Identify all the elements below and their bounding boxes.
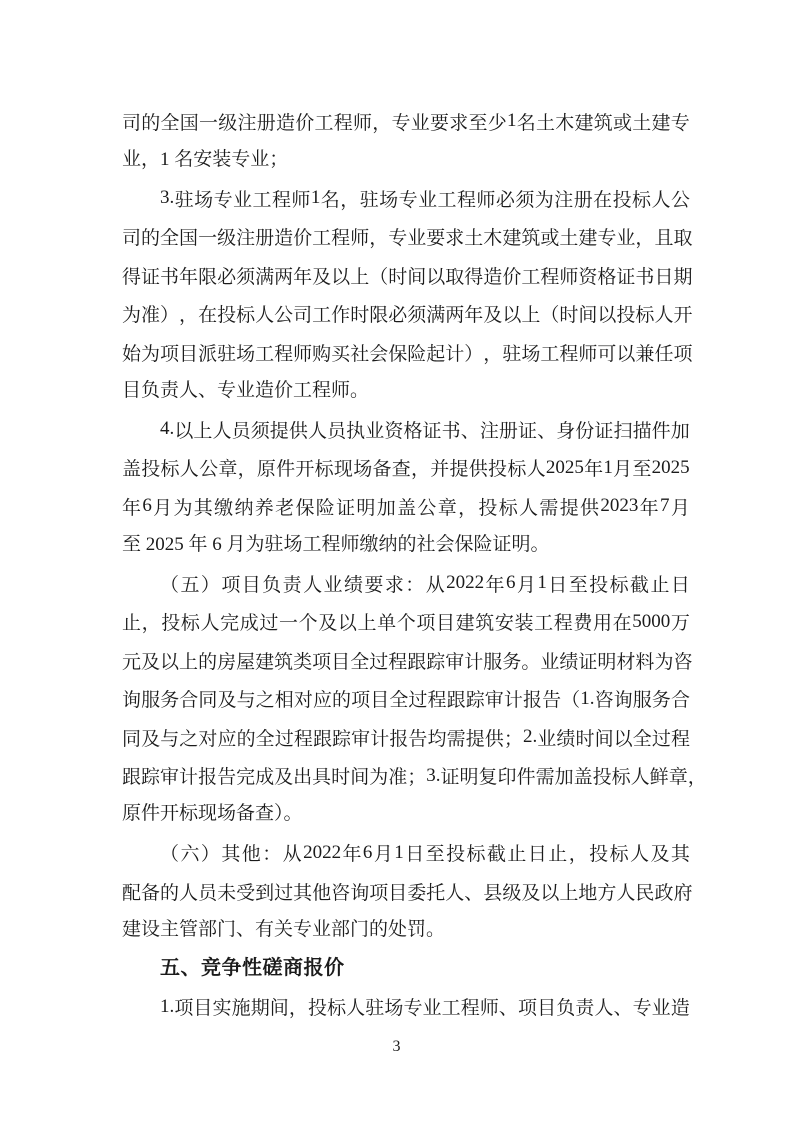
- text-line: （六）其他：从2022年6月1日至投标截止日止，投标人及其: [122, 834, 690, 873]
- text-line: 同及与之对应的全过程跟踪审计报告均需提供；2.业绩时间以全过程: [122, 718, 690, 757]
- text-line: 业，1 名安装专业；: [122, 141, 690, 180]
- text-line: （五）项目负责人业绩要求：从2022年6月1日至投标截止日: [122, 564, 690, 603]
- page-body: 司的全国一级注册造价工程师，专业要求至少1名土木建筑或土建专业，1 名安装专业；…: [122, 102, 690, 1026]
- text-line: 4.以上人员须提供人员执业资格证书、注册证、身份证扫描件加: [122, 410, 690, 449]
- text-line: 年6月为其缴纳养老保险证明加盖公章，投标人需提供2023年7月: [122, 487, 690, 526]
- text-line: 1.项目实施期间，投标人驻场专业工程师、项目负责人、专业造: [122, 988, 690, 1027]
- text-line: 元及以上的房屋建筑类项目全过程跟踪审计服务。业绩证明材料为咨: [122, 641, 690, 680]
- text-line: 配备的人员未受到过其他咨询项目委托人、县级及以上地方人民政府: [122, 872, 690, 911]
- text-line: 得证书年限必须满两年及以上（时间以取得造价工程师资格证书日期: [122, 256, 690, 295]
- text-line: 建设主管部门、有关专业部门的处罚。: [122, 911, 690, 950]
- page-number: 3: [0, 1032, 793, 1062]
- document-page: 司的全国一级注册造价工程师，专业要求至少1名土木建筑或土建专业，1 名安装专业；…: [0, 0, 793, 1122]
- text-line: 止，投标人完成过一个及以上单个项目建筑安装工程费用在5000万: [122, 603, 690, 642]
- text-line: 跟踪审计报告完成及出具时间为准；3.证明复印件需加盖投标人鲜章，: [122, 757, 690, 796]
- text-line: 司的全国一级注册造价工程师，专业要求土木建筑或土建专业，且取: [122, 218, 690, 257]
- text-line: 司的全国一级注册造价工程师，专业要求至少1名土木建筑或土建专: [122, 102, 690, 141]
- section-heading: 五、竞争性磋商报价: [122, 949, 690, 988]
- text-line: 始为项目派驻场工程师购买社会保险起计），驻场工程师可以兼任项: [122, 333, 690, 372]
- text-line: 目负责人、专业造价工程师。: [122, 372, 690, 411]
- text-line: 为准），在投标人公司工作时限必须满两年及以上（时间以投标人开: [122, 295, 690, 334]
- text-line: 至 2025 年 6 月为驻场工程师缴纳的社会保险证明。: [122, 526, 690, 565]
- text-line: 原件开标现场备查）。: [122, 795, 690, 834]
- text-line: 3.驻场专业工程师1名，驻场专业工程师必须为注册在投标人公: [122, 179, 690, 218]
- text-line: 询服务合同及与之相对应的项目全过程跟踪审计报告（1.咨询服务合: [122, 680, 690, 719]
- text-line: 盖投标人公章，原件开标现场备查，并提供投标人2025年1月至2025: [122, 449, 690, 488]
